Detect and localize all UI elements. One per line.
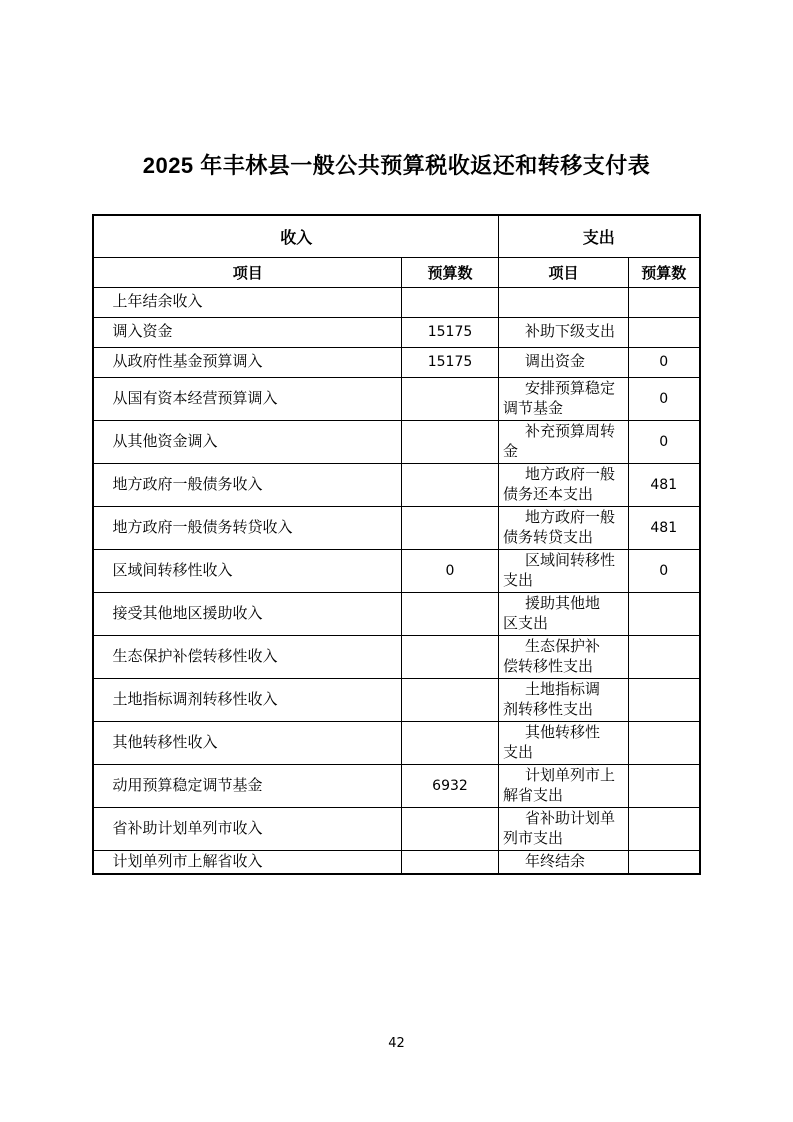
expense-budget-cell: 0 [629, 377, 700, 420]
income-item-cell: 从国有资本经营预算调入 [93, 377, 401, 420]
income-item-cell: 地方政府一般债务收入 [93, 463, 401, 506]
page-number: 42 [0, 1036, 793, 1051]
table-row: 动用预算稳定调节基金 6932 计划单列市上 解省支出 [93, 764, 699, 807]
income-item-header: 项目 [93, 257, 401, 287]
table-row: 区域间转移性收入 0 区域间转移性 支出 0 [93, 549, 699, 592]
group-header-row: 收入 支出 [93, 215, 699, 257]
income-item-cell: 从政府性基金预算调入 [93, 347, 401, 377]
expense-item-cell: 援助其他地 区支出 [499, 592, 629, 635]
document-page: 2025 年丰林县一般公共预算税收返还和转移支付表 收入 支出 项目 预算数 项… [0, 0, 793, 1122]
expense-item-cell: 省补助计划单 列市支出 [499, 807, 629, 850]
income-budget-cell [401, 377, 498, 420]
expense-budget-header: 预算数 [629, 257, 700, 287]
table-row: 接受其他地区援助收入 援助其他地 区支出 [93, 592, 699, 635]
expense-item-cell: 安排预算稳定 调节基金 [499, 377, 629, 420]
income-budget-cell: 0 [401, 549, 498, 592]
table-row: 地方政府一般债务收入 地方政府一般 债务还本支出 481 [93, 463, 699, 506]
income-item-cell: 土地指标调剂转移性收入 [93, 678, 401, 721]
expense-item-header: 项目 [499, 257, 629, 287]
expense-item-cell: 生态保护补 偿转移性支出 [499, 635, 629, 678]
income-item-cell: 其他转移性收入 [93, 721, 401, 764]
income-budget-cell [401, 635, 498, 678]
income-budget-cell [401, 721, 498, 764]
income-budget-cell [401, 287, 498, 317]
income-budget-cell [401, 678, 498, 721]
expense-budget-cell [629, 678, 700, 721]
table-row: 计划单列市上解省收入 年终结余 [93, 850, 699, 874]
income-item-cell: 上年结余收入 [93, 287, 401, 317]
income-budget-cell [401, 420, 498, 463]
expense-budget-cell [629, 721, 700, 764]
expense-budget-cell: 481 [629, 463, 700, 506]
income-item-cell: 生态保护补偿转移性收入 [93, 635, 401, 678]
table-row: 调入资金 15175 补助下级支出 [93, 317, 699, 347]
table-row: 省补助计划单列市收入 省补助计划单 列市支出 [93, 807, 699, 850]
expense-item-cell: 其他转移性 支出 [499, 721, 629, 764]
table-row: 其他转移性收入 其他转移性 支出 [93, 721, 699, 764]
income-budget-cell [401, 592, 498, 635]
table-row: 生态保护补偿转移性收入 生态保护补 偿转移性支出 [93, 635, 699, 678]
income-budget-cell [401, 807, 498, 850]
expense-item-cell: 地方政府一般 债务转贷支出 [499, 506, 629, 549]
column-header-row: 项目 预算数 项目 预算数 [93, 257, 699, 287]
expense-budget-cell: 481 [629, 506, 700, 549]
expense-budget-cell [629, 807, 700, 850]
table-row: 土地指标调剂转移性收入 土地指标调 剂转移性支出 [93, 678, 699, 721]
expense-item-cell: 调出资金 [499, 347, 629, 377]
expense-item-cell: 年终结余 [499, 850, 629, 874]
expense-item-cell [499, 287, 629, 317]
expense-item-cell: 区域间转移性 支出 [499, 549, 629, 592]
expense-item-cell: 地方政府一般 债务还本支出 [499, 463, 629, 506]
expense-budget-cell [629, 764, 700, 807]
expense-budget-cell: 0 [629, 347, 700, 377]
income-item-cell: 计划单列市上解省收入 [93, 850, 401, 874]
income-item-cell: 动用预算稳定调节基金 [93, 764, 401, 807]
income-item-cell: 接受其他地区援助收入 [93, 592, 401, 635]
table-row: 从其他资金调入 补充预算周转 金 0 [93, 420, 699, 463]
expense-group-header: 支出 [499, 215, 700, 257]
table-row: 从政府性基金预算调入 15175 调出资金 0 [93, 347, 699, 377]
expense-item-cell: 计划单列市上 解省支出 [499, 764, 629, 807]
income-budget-cell [401, 463, 498, 506]
income-budget-cell: 15175 [401, 347, 498, 377]
page-title: 2025 年丰林县一般公共预算税收返还和转移支付表 [0, 0, 793, 181]
expense-budget-cell [629, 317, 700, 347]
expense-budget-cell [629, 635, 700, 678]
income-item-cell: 从其他资金调入 [93, 420, 401, 463]
expense-budget-cell [629, 287, 700, 317]
expense-budget-cell [629, 592, 700, 635]
expense-budget-cell: 0 [629, 549, 700, 592]
income-budget-cell: 6932 [401, 764, 498, 807]
income-item-cell: 区域间转移性收入 [93, 549, 401, 592]
expense-budget-cell: 0 [629, 420, 700, 463]
income-budget-cell [401, 850, 498, 874]
income-item-cell: 地方政府一般债务转贷收入 [93, 506, 401, 549]
budget-table: 收入 支出 项目 预算数 项目 预算数 上年结余收入 调入资金 15175 补助… [92, 214, 700, 875]
income-group-header: 收入 [93, 215, 498, 257]
table-row: 上年结余收入 [93, 287, 699, 317]
table-row: 从国有资本经营预算调入 安排预算稳定 调节基金 0 [93, 377, 699, 420]
income-item-cell: 调入资金 [93, 317, 401, 347]
income-item-cell: 省补助计划单列市收入 [93, 807, 401, 850]
table-row: 地方政府一般债务转贷收入 地方政府一般 债务转贷支出 481 [93, 506, 699, 549]
expense-item-cell: 土地指标调 剂转移性支出 [499, 678, 629, 721]
expense-item-cell: 补助下级支出 [499, 317, 629, 347]
expense-budget-cell [629, 850, 700, 874]
income-budget-header: 预算数 [401, 257, 498, 287]
income-budget-cell [401, 506, 498, 549]
expense-item-cell: 补充预算周转 金 [499, 420, 629, 463]
income-budget-cell: 15175 [401, 317, 498, 347]
